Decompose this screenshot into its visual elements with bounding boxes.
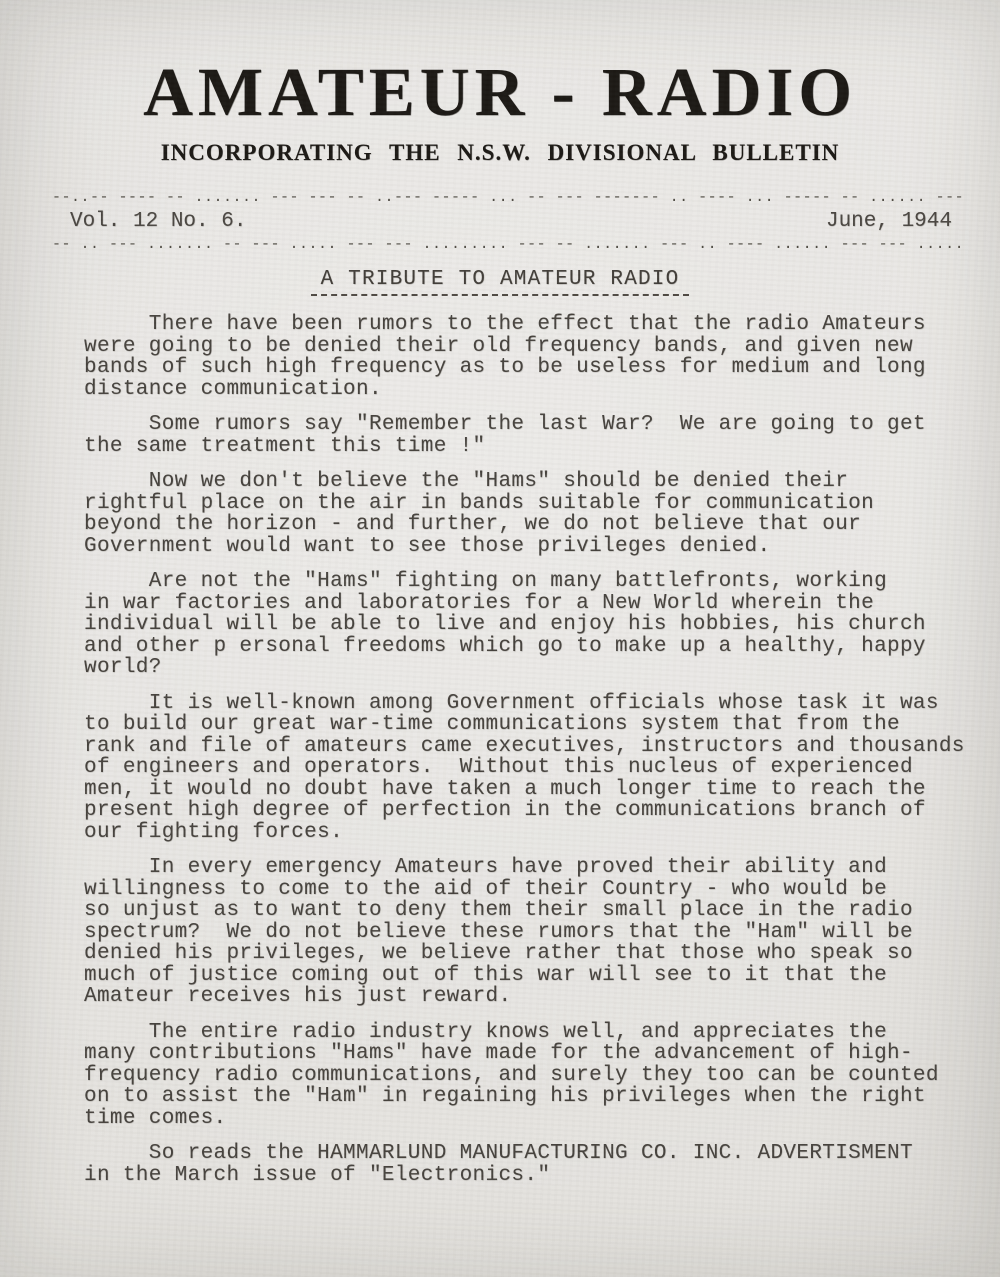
article-paragraph: It is well-known among Government offici… — [84, 693, 1000, 844]
article-header: A TRIBUTE TO AMATEUR RADIO — [0, 268, 1000, 296]
masthead-title: AMATEUR - RADIO — [0, 58, 1000, 127]
article-paragraph: Now we don't believe the "Hams" should b… — [84, 471, 1000, 557]
document-page: AMATEUR - RADIO INCORPORATING THE N.S.W.… — [0, 0, 1000, 1277]
article-paragraph: So reads the HAMMARLUND MANUFACTURING CO… — [84, 1143, 1000, 1186]
article-paragraph: In every emergency Amateurs have proved … — [84, 857, 1000, 1008]
issue-date: June, 1944 — [826, 211, 952, 233]
article-body: There have been rumors to the effect tha… — [0, 296, 1000, 1186]
article-paragraph: The entire radio industry knows well, an… — [84, 1022, 1000, 1130]
divider-rule-top: --..-- ---- -- ....... --- --- -- ..--- … — [52, 191, 974, 204]
issue-line: Vol. 12 No. 6. June, 1944 — [70, 211, 952, 233]
article-title: A TRIBUTE TO AMATEUR RADIO — [311, 268, 690, 296]
volume-number: Vol. 12 No. 6. — [70, 211, 246, 233]
masthead: AMATEUR - RADIO INCORPORATING THE N.S.W.… — [0, 0, 1000, 166]
article-paragraph: Some rumors say "Remember the last War? … — [84, 414, 1000, 457]
article-paragraph: There have been rumors to the effect tha… — [84, 314, 1000, 400]
divider-rule-bottom: -- .. --- ....... -- --- ..... --- --- .… — [52, 238, 974, 251]
article-paragraph: Are not the "Hams" fighting on many batt… — [84, 571, 1000, 679]
masthead-subtitle: INCORPORATING THE N.S.W. DIVISIONAL BULL… — [0, 140, 1000, 166]
